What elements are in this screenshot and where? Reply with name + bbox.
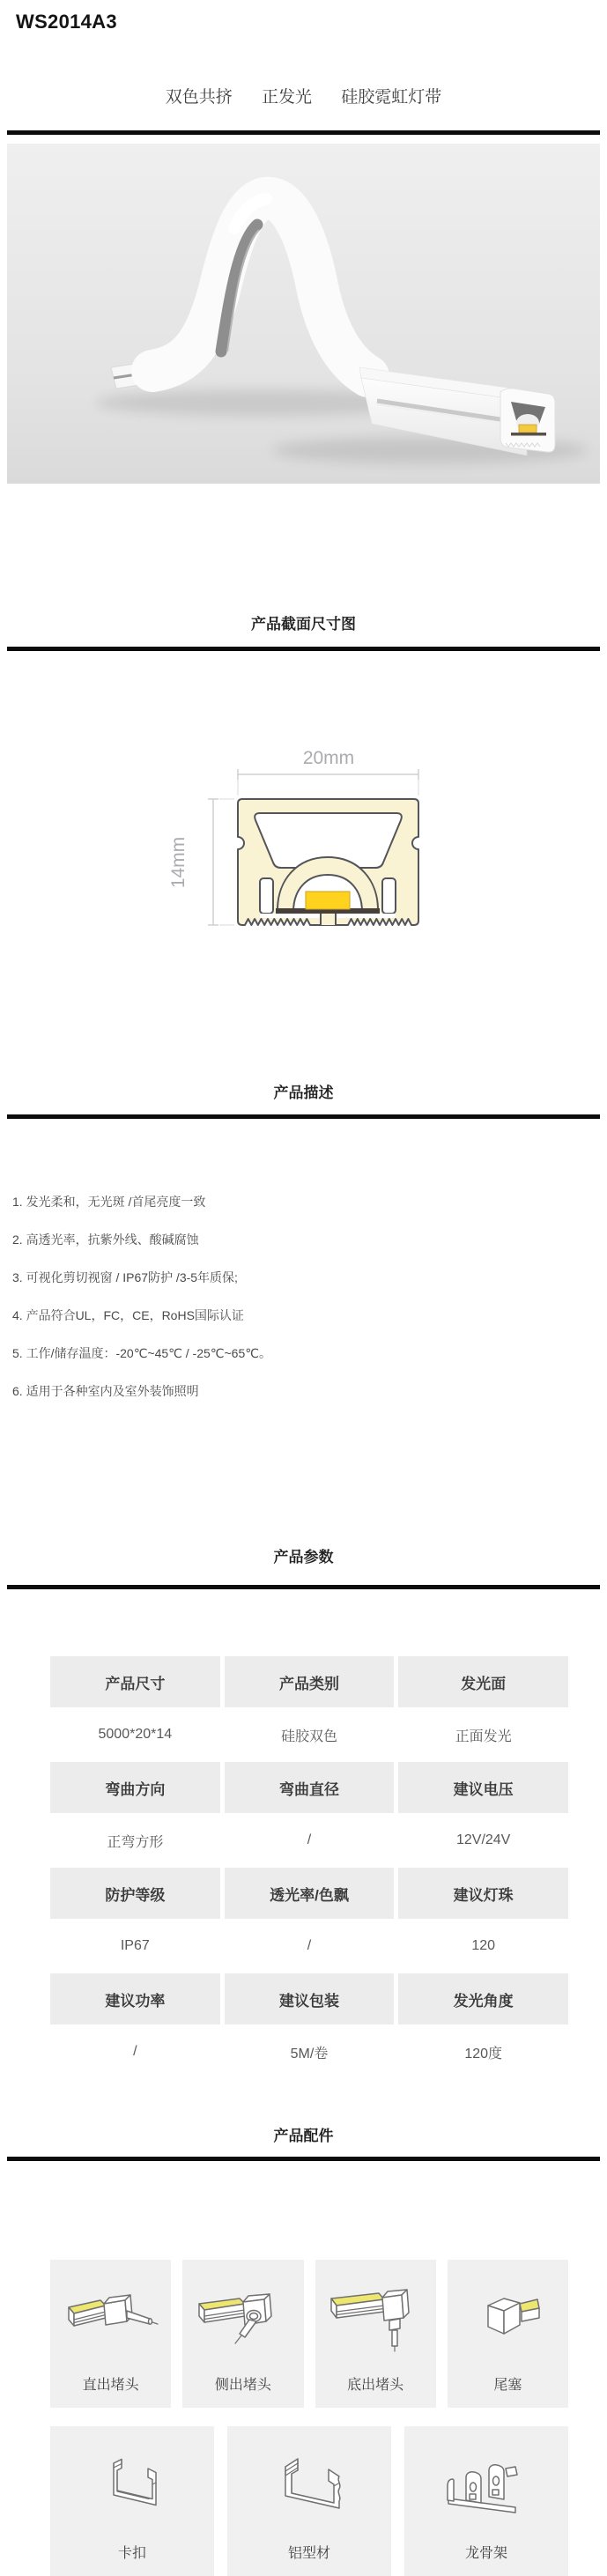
accessory-label: 直出堵头 xyxy=(83,2373,139,2394)
tag-dual-color: 双色共挤 xyxy=(166,88,233,107)
accessory-card: 尾塞 xyxy=(448,2260,568,2408)
param-header-cell: 建议电压 xyxy=(398,1762,568,1813)
param-value-cell: / xyxy=(50,2025,220,2079)
product-render-image xyxy=(7,144,600,484)
section-divider xyxy=(7,1114,600,1119)
param-header-cell: 弯曲直径 xyxy=(225,1762,395,1813)
param-value-cell: 120 xyxy=(398,1919,568,1973)
accessory-label: 卡扣 xyxy=(118,2542,146,2562)
accessory-card: 铝型材 xyxy=(227,2426,391,2576)
param-value-cell: 120度 xyxy=(398,2025,568,2079)
param-header-cell: 产品类别 xyxy=(225,1656,395,1707)
section-divider xyxy=(7,130,600,135)
param-value-cell: 正面发光 xyxy=(398,1707,568,1762)
description-item: 6. 适用于各种室内及室外装饰照明 xyxy=(12,1372,607,1410)
section-divider xyxy=(7,1585,600,1589)
accessory-card: 龙骨架 xyxy=(404,2426,568,2576)
accessories-row-2: 卡扣 铝型材 龙骨架 xyxy=(50,2426,568,2576)
section-divider xyxy=(7,2157,600,2161)
mounting-clip-icon xyxy=(75,2444,189,2525)
accessory-label: 侧出堵头 xyxy=(215,2373,271,2394)
section-title-parameters: 产品参数 xyxy=(0,1546,607,1569)
dimension-height-label: 14mm xyxy=(168,837,189,888)
product-render xyxy=(7,144,600,484)
tag-silicone-neon: 硅胶霓虹灯带 xyxy=(341,88,441,107)
description-item: 5. 工作/储存温度：-20℃~45℃ / -25℃~65℃。 xyxy=(12,1334,607,1372)
description-item: 3. 可视化剪切视窗 / IP67防护 /3-5年质保; xyxy=(12,1258,607,1296)
led-chip xyxy=(306,892,350,909)
cross-section-drawing: 20mm 14mm xyxy=(128,729,480,1010)
param-header-cell: 建议包装 xyxy=(225,1973,395,2025)
section-divider xyxy=(7,647,600,651)
page-title: WS2014A3 xyxy=(16,9,607,35)
param-value-cell: / xyxy=(225,1813,395,1868)
param-header-cell: 产品尺寸 xyxy=(50,1656,220,1707)
tail-plug-icon xyxy=(458,2281,557,2353)
side-end-cap-icon xyxy=(194,2281,292,2353)
description-item: 1. 发光柔和，无光斑 /首尾亮度一致 xyxy=(12,1182,607,1220)
accessory-card: 底出堵头 xyxy=(315,2260,436,2408)
accessory-card: 直出堵头 xyxy=(50,2260,171,2408)
bottom-end-cap-icon xyxy=(326,2281,425,2353)
accessory-label: 铝型材 xyxy=(288,2542,330,2562)
section-title-description: 产品描述 xyxy=(0,1082,607,1105)
param-value-cell: 硅胶双色 xyxy=(225,1707,395,1762)
section-title-accessories: 产品配件 xyxy=(0,2125,607,2148)
param-value-cell: IP67 xyxy=(50,1919,220,1973)
param-header-cell: 建议功率 xyxy=(50,1973,220,2025)
parameters-table: 产品尺寸 产品类别 发光面 5000*20*14 硅胶双色 正面发光 弯曲方向 … xyxy=(50,1656,568,2079)
accessory-card: 侧出堵头 xyxy=(182,2260,303,2408)
cross-section-diagram: 20mm 14mm xyxy=(0,729,607,1015)
param-value-cell: 5M/卷 xyxy=(225,2025,395,2079)
param-header-cell: 透光率/色飘 xyxy=(225,1868,395,1919)
param-header-cell: 发光面 xyxy=(398,1656,568,1707)
section-title-cross-section: 产品截面尺寸图 xyxy=(0,613,607,636)
description-item: 4. 产品符合UL，FC，CE，RoHS国际认证 xyxy=(12,1296,607,1334)
tag-top-emitting: 正发光 xyxy=(262,88,312,107)
straight-end-cap-icon xyxy=(62,2281,160,2353)
param-header-cell: 弯曲方向 xyxy=(50,1762,220,1813)
param-header-cell: 防护等级 xyxy=(50,1868,220,1919)
dimension-width-label: 20mm xyxy=(302,748,353,768)
description-list: 1. 发光柔和，无光斑 /首尾亮度一致 2. 高透光率，抗紫外线、酸碱腐蚀 3.… xyxy=(0,1182,607,1410)
param-value-cell: 正弯方形 xyxy=(50,1813,220,1868)
accessory-label: 龙骨架 xyxy=(465,2542,507,2562)
param-header-cell: 发光角度 xyxy=(398,1973,568,2025)
param-value-cell: / xyxy=(225,1919,395,1973)
accessory-label: 尾塞 xyxy=(493,2373,522,2394)
param-header-cell: 建议灯珠 xyxy=(398,1868,568,1919)
aluminum-profile-icon xyxy=(252,2444,366,2525)
keel-bracket-icon xyxy=(429,2444,544,2525)
product-tagline: 双色共挤 正发光 硅胶霓虹灯带 xyxy=(0,86,607,109)
accessories-row-1: 直出堵头 侧出堵头 xyxy=(50,2260,568,2408)
accessory-card: 卡扣 xyxy=(50,2426,214,2576)
accessory-label: 底出堵头 xyxy=(347,2373,403,2394)
param-value-cell: 12V/24V xyxy=(398,1813,568,1868)
description-item: 2. 高透光率，抗紫外线、酸碱腐蚀 xyxy=(12,1220,607,1258)
param-value-cell: 5000*20*14 xyxy=(50,1707,220,1762)
